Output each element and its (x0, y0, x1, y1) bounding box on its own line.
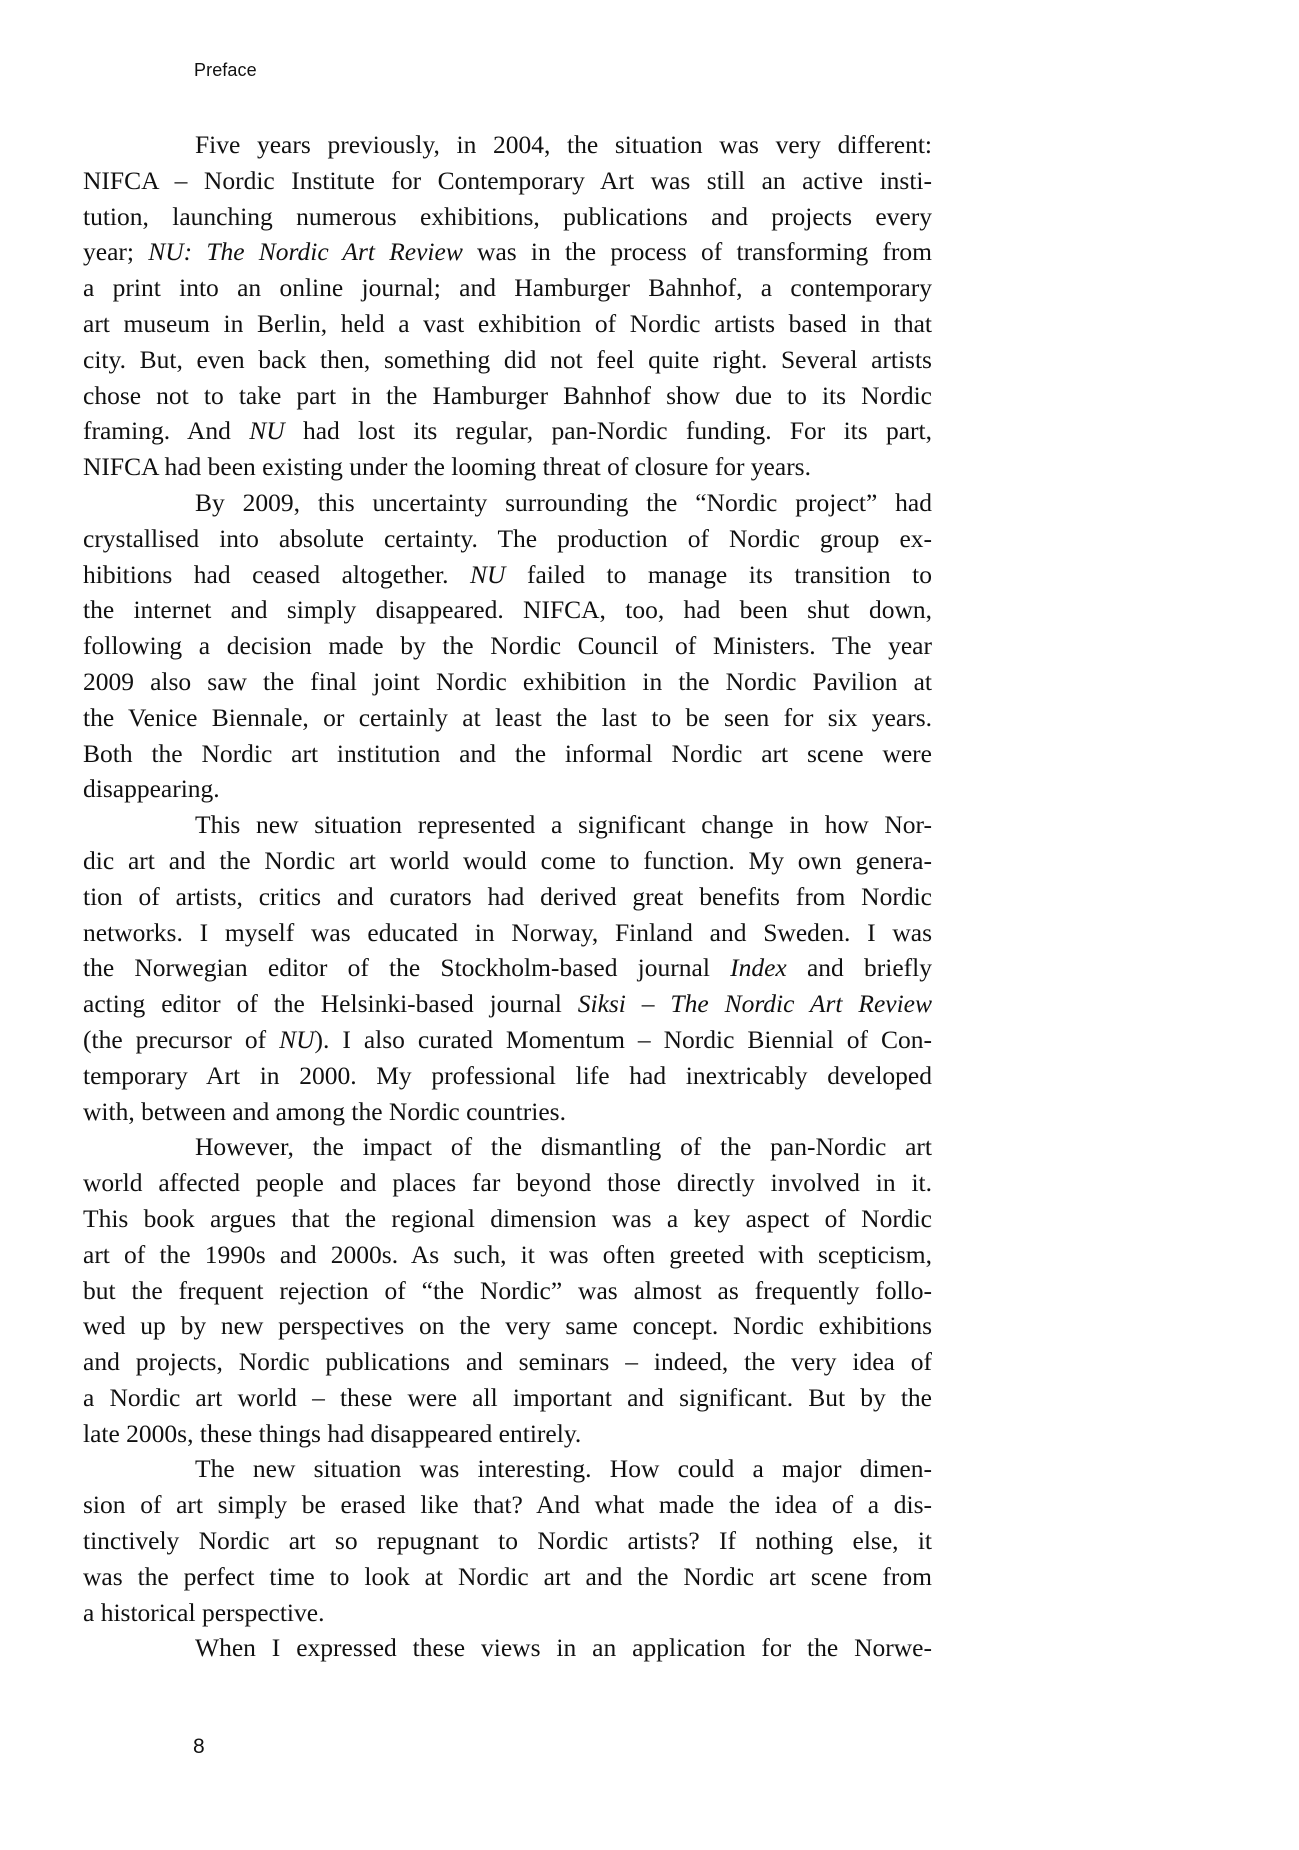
text-run: tution, launching numerous exhibitions, … (83, 202, 932, 231)
paragraph: This new situation represented a signifi… (83, 807, 932, 1129)
text-line: chose not to take part in the Hamburger … (83, 378, 932, 414)
text-run: disappearing. (83, 774, 220, 803)
text-run: crystallised into absolute certainty. Th… (83, 524, 932, 553)
text-line: with, between and among the Nordic count… (83, 1094, 932, 1130)
text-run: and briefly (787, 953, 932, 982)
paragraph: When I expressed these views in an appli… (83, 1630, 932, 1666)
text-line: and projects, Nordic publications and se… (83, 1344, 932, 1380)
text-run: When I expressed these views in an appli… (195, 1633, 932, 1662)
text-run: 2009 also saw the final joint Nordic exh… (83, 667, 932, 696)
text-line: Both the Nordic art institution and the … (83, 736, 932, 772)
text-run: the Norwegian editor of the Stockholm-ba… (83, 953, 730, 982)
text-line: This book argues that the regional dimen… (83, 1201, 932, 1237)
text-run: the Venice Biennale, or certainly at lea… (83, 703, 932, 732)
text-line: tion of artists, critics and curators ha… (83, 879, 932, 915)
text-line: tution, launching numerous exhibitions, … (83, 199, 932, 235)
text-run: tion of artists, critics and curators ha… (83, 882, 932, 911)
text-line: a historical perspective. (83, 1595, 932, 1631)
text-run: sion of art simply be erased like that? … (83, 1490, 932, 1519)
text-line: sion of art simply be erased like that? … (83, 1487, 932, 1523)
text-line: By 2009, this uncertainty surrounding th… (83, 485, 932, 521)
text-run: and projects, Nordic publications and se… (83, 1347, 932, 1376)
text-run: temporary Art in 2000. My professional l… (83, 1061, 932, 1090)
text-run: art museum in Berlin, held a vast exhibi… (83, 309, 932, 338)
text-run: following a decision made by the Nordic … (83, 631, 932, 660)
text-run: The new situation was interesting. How c… (195, 1454, 932, 1483)
italic-title: Index (730, 953, 787, 982)
text-line: However, the impact of the dismantling o… (83, 1129, 932, 1165)
text-line: a print into an online journal; and Hamb… (83, 270, 932, 306)
text-line: a Nordic art world – these were all impo… (83, 1380, 932, 1416)
text-line: When I expressed these views in an appli… (83, 1630, 932, 1666)
text-line: year; NU: The Nordic Art Review was in t… (83, 234, 932, 270)
italic-title: NU (470, 560, 505, 589)
text-run: NIFCA – Nordic Institute for Contemporar… (83, 166, 932, 195)
italic-title: NU: The Nordic Art Review (148, 237, 463, 266)
text-run: a print into an online journal; and Hamb… (83, 273, 932, 302)
page-number: 8 (193, 1735, 205, 1759)
text-run: world affected people and places far bey… (83, 1168, 932, 1197)
text-run: but the frequent rejection of “the Nordi… (83, 1276, 932, 1305)
text-run: had lost its regular, pan-Nordic funding… (285, 416, 932, 445)
text-line: city. But, even back then, something did… (83, 342, 932, 378)
text-line: disappearing. (83, 771, 932, 807)
text-run: late 2000s, these things had disappeared… (83, 1419, 581, 1448)
text-run: city. But, even back then, something did… (83, 345, 932, 374)
text-line: NIFCA had been existing under the loomin… (83, 449, 932, 485)
text-line: tinctively Nordic art so repugnant to No… (83, 1523, 932, 1559)
text-run: failed to manage its transition to (505, 560, 932, 589)
text-run: was the perfect time to look at Nordic a… (83, 1562, 932, 1591)
body-text: Five years previously, in 2004, the situ… (83, 127, 932, 1666)
text-run: tinctively Nordic art so repugnant to No… (83, 1526, 932, 1555)
text-line: art of the 1990s and 2000s. As such, it … (83, 1237, 932, 1273)
paragraph: Five years previously, in 2004, the situ… (83, 127, 932, 485)
text-line: framing. And NU had lost its regular, pa… (83, 413, 932, 449)
text-run: a historical perspective. (83, 1598, 324, 1627)
text-run: was in the process of transforming from (463, 237, 932, 266)
paragraph: By 2009, this uncertainty surrounding th… (83, 485, 932, 807)
text-run: the internet and simply disappeared. NIF… (83, 595, 932, 624)
text-line: dic art and the Nordic art world would c… (83, 843, 932, 879)
italic-title: NU (279, 1025, 314, 1054)
text-line: acting editor of the Helsinki-based jour… (83, 986, 932, 1022)
text-line: the internet and simply disappeared. NIF… (83, 592, 932, 628)
text-run: (the precursor of (83, 1025, 279, 1054)
text-run: hibitions had ceased altogether. (83, 560, 470, 589)
text-run: However, the impact of the dismantling o… (195, 1132, 932, 1161)
text-run: This book argues that the regional dimen… (83, 1204, 932, 1233)
text-line: art museum in Berlin, held a vast exhibi… (83, 306, 932, 342)
text-line: temporary Art in 2000. My professional l… (83, 1058, 932, 1094)
text-line: following a decision made by the Nordic … (83, 628, 932, 664)
text-line: NIFCA – Nordic Institute for Contemporar… (83, 163, 932, 199)
text-line: Five years previously, in 2004, the situ… (83, 127, 932, 163)
paragraph: However, the impact of the dismantling o… (83, 1129, 932, 1451)
text-run: Both the Nordic art institution and the … (83, 739, 932, 768)
text-line: world affected people and places far bey… (83, 1165, 932, 1201)
text-run: art of the 1990s and 2000s. As such, it … (83, 1240, 932, 1269)
text-line: hibitions had ceased altogether. NU fail… (83, 557, 932, 593)
text-line: This new situation represented a signifi… (83, 807, 932, 843)
italic-title: NU (249, 416, 284, 445)
text-run: framing. And (83, 416, 249, 445)
text-run: ). I also curated Momentum – Nordic Bien… (315, 1025, 932, 1054)
text-line: 2009 also saw the final joint Nordic exh… (83, 664, 932, 700)
text-run: acting editor of the Helsinki-based jour… (83, 989, 578, 1018)
text-line: networks. I myself was educated in Norwa… (83, 915, 932, 951)
text-run: NIFCA had been existing under the loomin… (83, 452, 811, 481)
text-line: late 2000s, these things had disappeared… (83, 1416, 932, 1452)
text-run: chose not to take part in the Hamburger … (83, 381, 932, 410)
text-line: the Venice Biennale, or certainly at lea… (83, 700, 932, 736)
text-line: was the perfect time to look at Nordic a… (83, 1559, 932, 1595)
text-run: dic art and the Nordic art world would c… (83, 846, 932, 875)
text-line: but the frequent rejection of “the Nordi… (83, 1273, 932, 1309)
text-run: a Nordic art world – these were all impo… (83, 1383, 932, 1412)
text-run: By 2009, this uncertainty surrounding th… (195, 488, 932, 517)
text-line: The new situation was interesting. How c… (83, 1451, 932, 1487)
running-head: Preface (194, 60, 257, 81)
text-line: the Norwegian editor of the Stockholm-ba… (83, 950, 932, 986)
text-run: year; (83, 237, 148, 266)
text-run: with, between and among the Nordic count… (83, 1097, 566, 1126)
paragraph: The new situation was interesting. How c… (83, 1451, 932, 1630)
italic-title: Siksi – The Nordic Art Review (578, 989, 932, 1018)
text-run: This new situation represented a signifi… (195, 810, 932, 839)
text-run: wed up by new perspectives on the very s… (83, 1311, 932, 1340)
text-run: networks. I myself was educated in Norwa… (83, 918, 932, 947)
text-line: wed up by new perspectives on the very s… (83, 1308, 932, 1344)
text-run: Five years previously, in 2004, the situ… (195, 130, 932, 159)
text-line: (the precursor of NU). I also curated Mo… (83, 1022, 932, 1058)
text-line: crystallised into absolute certainty. Th… (83, 521, 932, 557)
